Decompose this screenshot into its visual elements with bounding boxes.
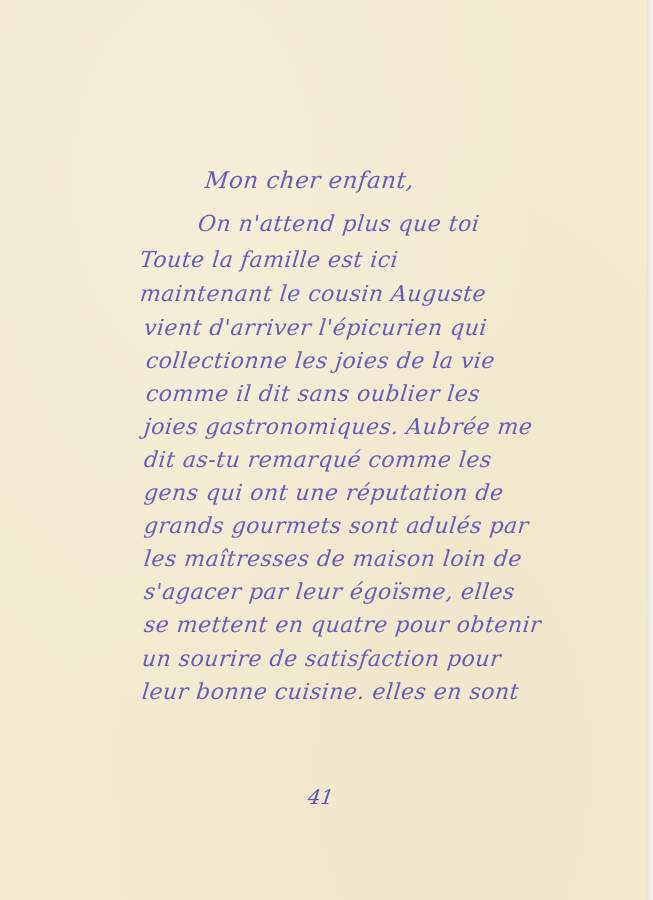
letter-line: collectionne les joies de la vie — [145, 349, 497, 374]
letter-line: Toute la famille est ici — [139, 248, 400, 273]
letter-line: dit as-tu remarqué comme les — [143, 448, 493, 473]
letter-page: Mon cher enfant, On n'attend plus que to… — [0, 0, 647, 900]
letter-line: joies gastronomiques. Aubrée me — [143, 415, 534, 440]
letter-line: comme il dit sans oublier les — [145, 382, 482, 407]
letter-line: maintenant le cousin Auguste — [139, 282, 488, 307]
letter-line: On n'attend plus que toi — [197, 212, 481, 237]
letter-line: s'agacer par leur égoïsme, elles — [143, 580, 517, 605]
letter-line: un sourire de satisfaction pour — [141, 647, 503, 672]
letter-line: les maîtresses de maison loin de — [143, 547, 524, 572]
letter-line: se mettent en quatre pour obtenir — [143, 613, 543, 638]
letter-salutation: Mon cher enfant, — [204, 168, 416, 194]
letter-line: gens qui ont une réputation de — [143, 481, 505, 506]
letter-line: grands gourmets sont adulés par — [143, 514, 530, 539]
letter-line: leur bonne cuisine. elles en sont — [141, 680, 521, 705]
paper-deckled-edge — [647, 0, 653, 900]
letter-line: vient d'arriver l'épicurien qui — [143, 316, 489, 341]
page-number: 41 — [306, 785, 335, 809]
